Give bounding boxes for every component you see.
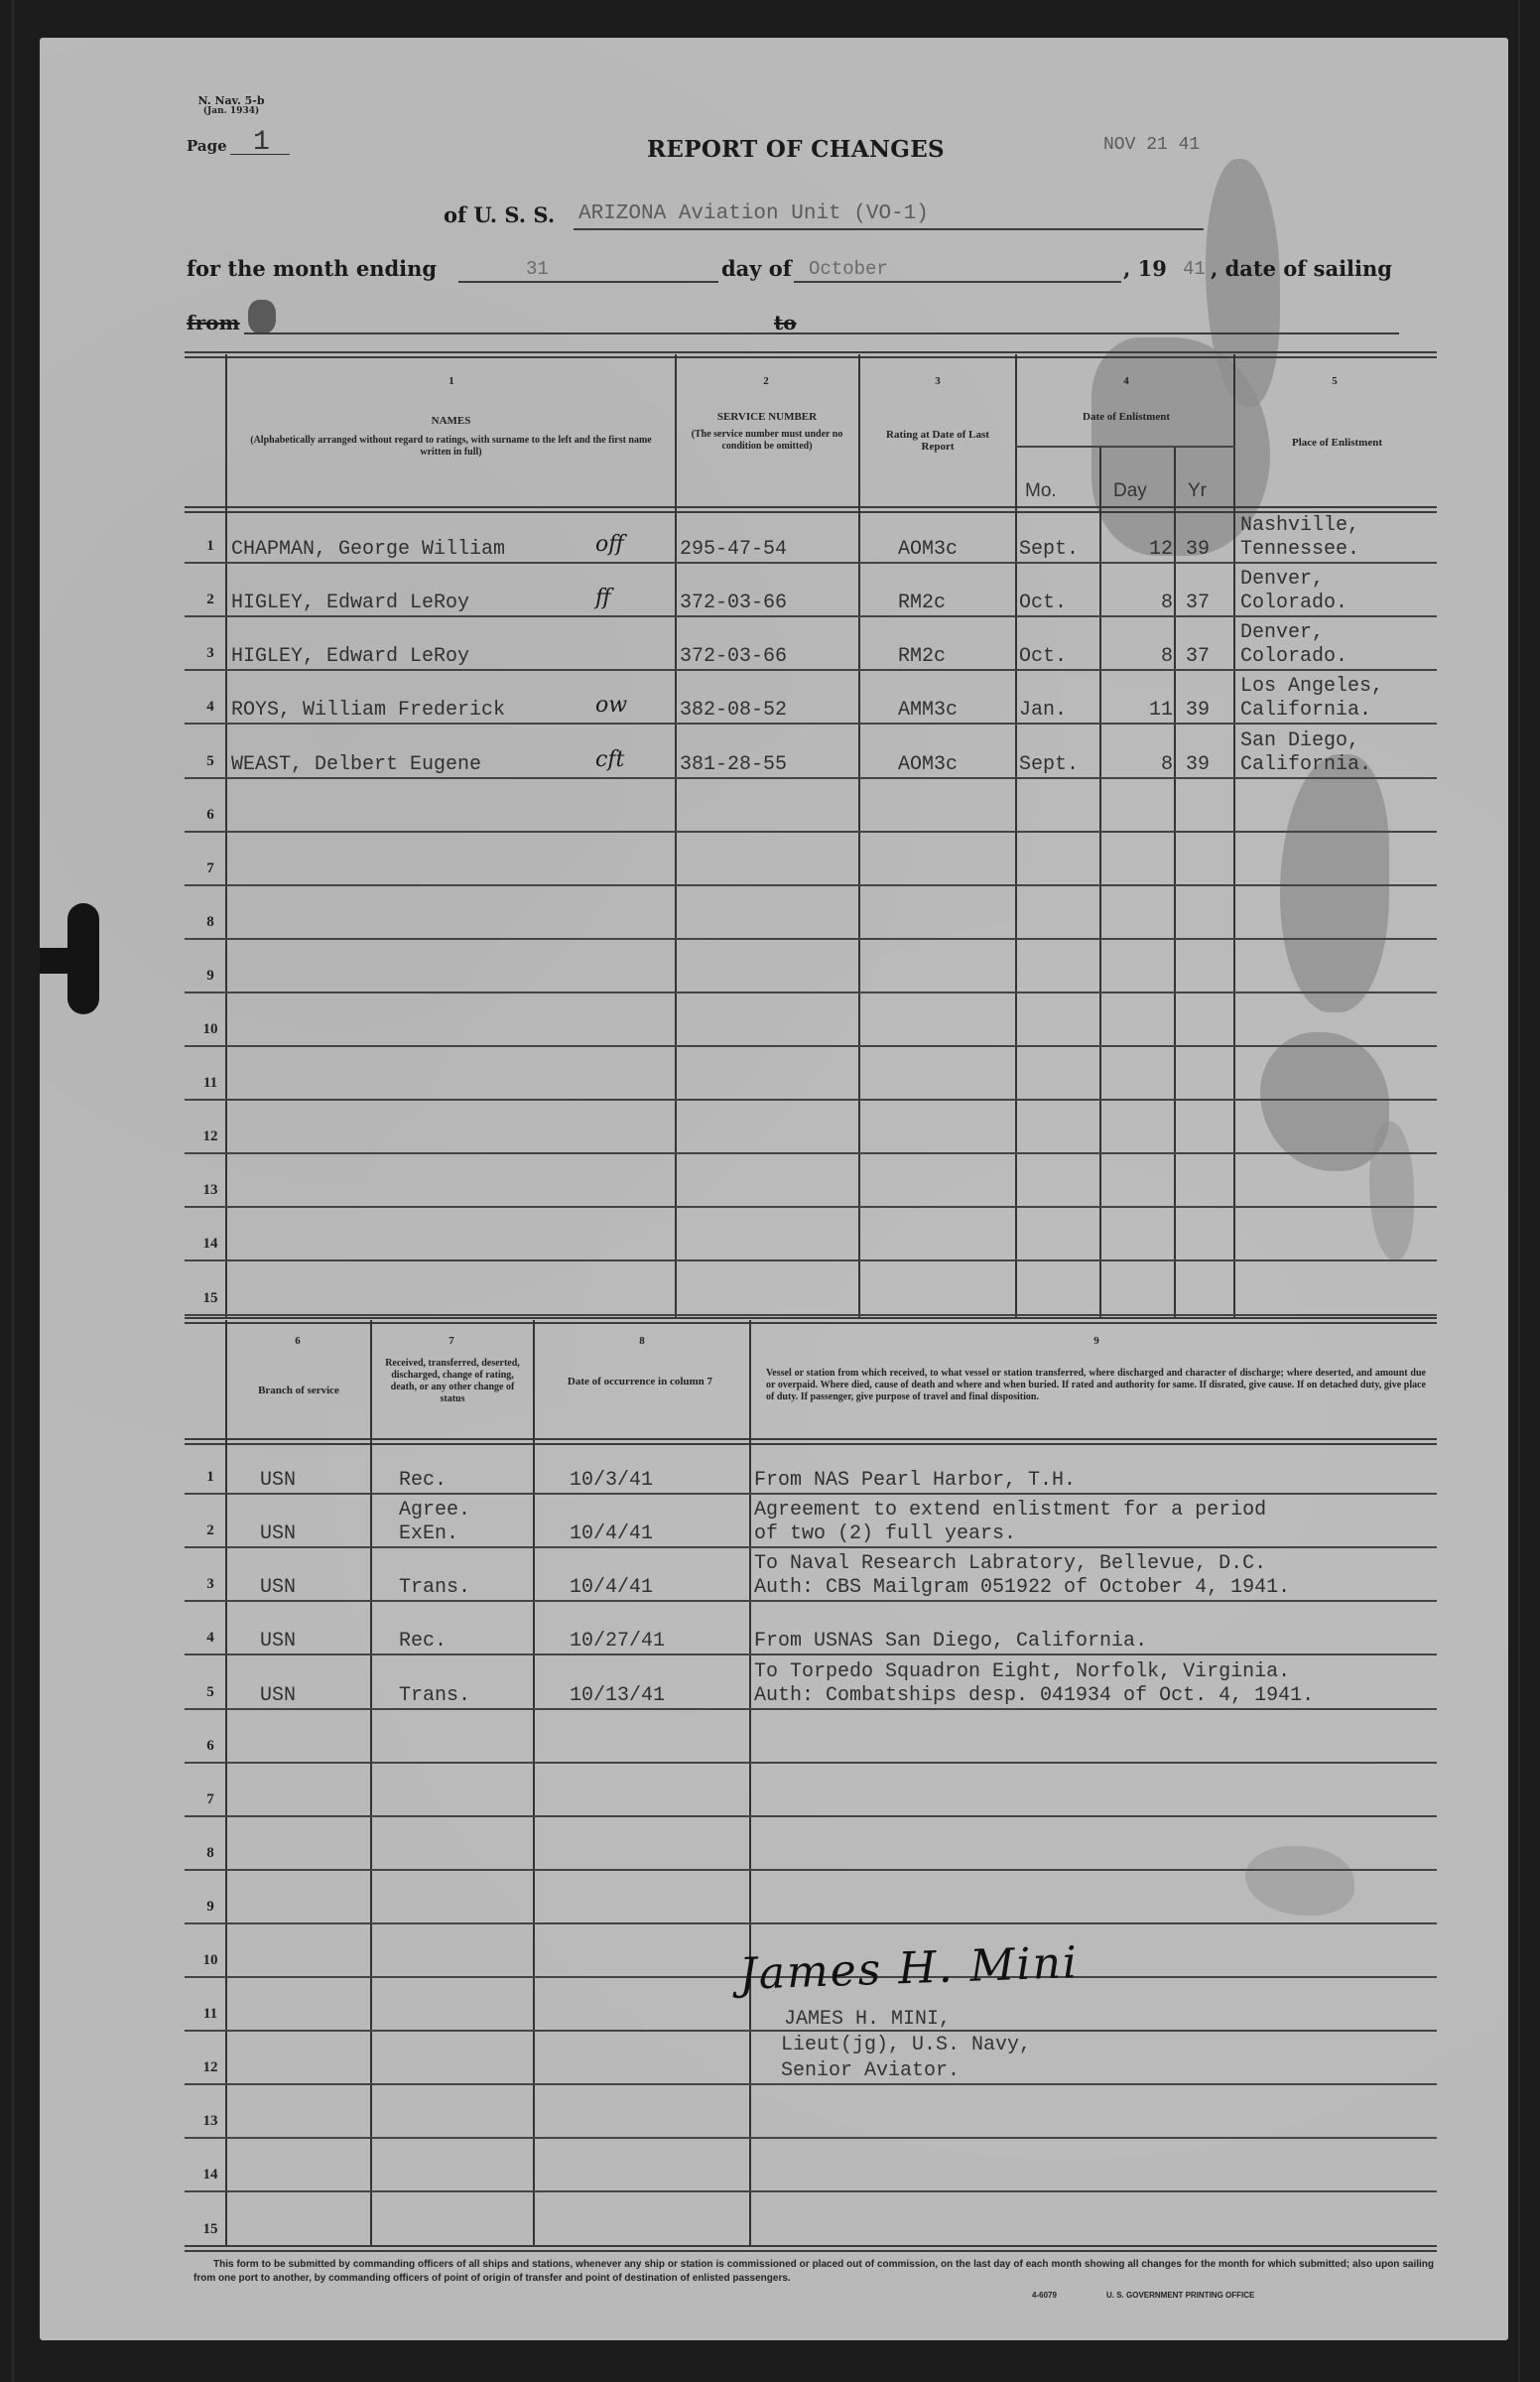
upper-col-divider [1174,447,1176,1317]
binder-tab-stem [40,948,69,974]
enlistment-day: 11 [1101,699,1173,723]
rating: AOM3c [898,538,958,562]
names-header-title: NAMES [230,415,672,427]
handwritten-initials: cft [595,747,624,772]
enlistment-day: 8 [1101,645,1173,669]
year-prefix: , 19 [1123,256,1167,281]
lower-col-divider [370,1320,372,2245]
row-number: 11 [195,2006,225,2023]
branch-of-service: USN [260,1469,296,1493]
row-number: 14 [195,2167,225,2183]
occurrence-date: 10/13/41 [570,1684,665,1708]
branch-of-service: USN [260,1522,296,1546]
row-rule [185,1099,1437,1101]
row-number: 3 [195,645,225,662]
service-number-header-title: SERVICE NUMBER [679,411,855,423]
row-rule [185,1546,1437,1548]
day-of-label: day of [721,256,792,281]
row-number: 8 [195,1845,225,1862]
row-number: 6 [195,807,225,824]
rating: RM2c [898,645,946,669]
row-rule [185,1152,1437,1154]
change-status: ExEn. [399,1522,458,1546]
row-rule [185,1708,1437,1710]
row-number: 13 [195,2113,225,2130]
date-of-sailing-label: , date of sailing [1211,256,1392,281]
lower-col-divider [533,1320,535,2245]
enlistment-day: 8 [1101,592,1173,615]
change-status-line1: Agree. [399,1499,470,1522]
place-header: Place of Enlistment [1240,437,1434,449]
occurrence-date: 10/4/41 [570,1576,653,1600]
enlistment-place-city: Los Angeles, [1240,675,1383,699]
row-number: 1 [195,1469,225,1486]
footer-instructions: This form to be submitted by commanding … [193,2258,1434,2286]
of-uss-label: of U. S. S. [444,202,555,227]
received-header: Received, transferred, deserted, dischar… [377,1358,528,1405]
col-number-9: 9 [1082,1335,1111,1347]
occurrence-date: 10/3/41 [570,1469,653,1493]
change-status: Rec. [399,1469,447,1493]
row-number: 3 [195,1576,225,1593]
enlistment-place-city: Denver, [1240,621,1324,645]
upper-col-divider [675,354,677,1317]
row-rule [185,938,1437,940]
enlistment-place-state: Tennessee. [1240,538,1359,562]
remarks-line1: To Torpedo Squadron Eight, Norfolk, Virg… [754,1660,1290,1684]
row-rule [185,884,1437,886]
row-rule [185,723,1437,725]
month-underline [794,281,1121,283]
branch-header: Branch of service [228,1385,369,1396]
service-number: 382-08-52 [680,699,787,723]
enlistment-year: 39 [1186,753,1210,777]
month-ending-day: 31 [526,258,549,280]
enlistment-header: Date of Enlistment [1018,411,1234,423]
upper-table-top-rule [185,351,1437,358]
signer-rank: Lieut(jg), U.S. Navy, [781,2033,1031,2058]
enlistment-yr-header: Yr [1188,480,1207,502]
row-number: 10 [195,1021,225,1038]
row-rule [185,2190,1437,2192]
inked-blot [248,300,276,333]
row-rule [185,615,1437,617]
signer-title: Senior Aviator. [781,2058,960,2084]
row-number: 5 [195,1684,225,1701]
person-name: WEAST, Delbert Eugene [231,753,481,777]
remarks-line1: Agreement to extend enlistment for a per… [754,1499,1266,1522]
rating-header: Rating at Date of Last Report [873,429,1002,453]
rating: RM2c [898,592,946,615]
row-rule [185,1259,1437,1261]
from-label: from [187,311,240,334]
upper-col-divider [858,354,860,1317]
row-rule [185,1045,1437,1047]
row-rule [185,1815,1437,1817]
service-number: 295-47-54 [680,538,787,562]
row-number: 6 [195,1738,225,1755]
enlistment-place-state: Colorado. [1240,592,1347,615]
col-number-4: 4 [1111,375,1141,387]
row-number: 13 [195,1182,225,1199]
enlistment-subheader-rule [1015,446,1235,448]
lower-table-bottom-rule [185,2245,1437,2252]
row-number: 14 [195,1236,225,1253]
lower-col-divider [749,1320,751,2245]
row-number: 1 [195,538,225,555]
form-number: N. Nav. 5-b (Jan. 1934) [187,95,276,117]
row-number: 9 [195,1899,225,1916]
change-status: Trans. [399,1684,470,1708]
upper-table-header-rule [185,506,1437,513]
upper-col-divider [1233,354,1235,1317]
form-revision: (Jan. 1934) [187,106,276,117]
branch-of-service: USN [260,1684,296,1708]
footer-printer: U. S. GOVERNMENT PRINTING OFFICE [1106,2289,1254,2303]
row-rule [185,1762,1437,1764]
row-number: 2 [195,592,225,608]
change-status: Trans. [399,1576,470,1600]
enlistment-place-state: Colorado. [1240,645,1347,669]
enlistment-year: 39 [1186,699,1210,723]
form-number-text: N. Nav. 5-b [187,95,276,106]
row-number: 10 [195,1952,225,1969]
signer-name: JAMES H. MINI, [784,2007,951,2033]
date-header: Date of occurrence in column 7 [551,1376,729,1388]
row-rule [185,562,1437,564]
enlistment-month: Sept. [1019,753,1079,777]
lower-table-header-rule [185,1438,1437,1445]
month-ending-underline [458,281,718,283]
row-rule [185,2137,1437,2139]
received-stamp: NOV 21 41 [1103,135,1200,155]
occurrence-date: 10/27/41 [570,1630,665,1654]
service-number: 381-28-55 [680,753,787,777]
enlistment-month: Jan. [1019,699,1067,723]
branch-of-service: USN [260,1630,296,1654]
enlistment-place-state: California. [1240,699,1371,723]
service-number-header-subtitle: (The service number must under no condit… [679,429,855,453]
month-value: October [809,258,888,280]
row-rule [185,1206,1437,1208]
remarks-line1: To Naval Research Labratory, Bellevue, D… [754,1552,1266,1576]
row-rule [185,1922,1437,1924]
service-number: 372-03-66 [680,645,787,669]
col-number-6: 6 [283,1335,313,1347]
row-number: 12 [195,2059,225,2076]
enlistment-day-header: Day [1113,480,1147,502]
enlistment-day: 12 [1101,538,1173,562]
enlistment-day: 8 [1101,753,1173,777]
to-label: to [774,311,797,334]
enlistment-year: 39 [1186,538,1210,562]
remarks-line2: Auth: Combatships desp. 041934 of Oct. 4… [754,1684,1314,1708]
from-to-underline [244,332,1399,334]
handwritten-initials: off [595,532,624,557]
col-number-1: 1 [437,375,466,387]
row-number: 15 [195,1290,225,1307]
handwritten-initials: ff [595,586,611,610]
row-rule [185,1869,1437,1871]
col-number-5: 5 [1320,375,1349,387]
row-number: 4 [195,1630,225,1647]
rating: AOM3c [898,753,958,777]
service-number: 372-03-66 [680,592,787,615]
person-name: HIGLEY, Edward LeRoy [231,592,469,615]
lower-table-top-rule [185,1317,1437,1324]
row-number: 15 [195,2221,225,2238]
film-edge-line [12,0,14,2382]
row-number: 5 [195,753,225,770]
branch-of-service: USN [260,1576,296,1600]
enlistment-mo-header: Mo. [1025,480,1057,502]
enlistment-place-state: California. [1240,753,1371,777]
col-number-8: 8 [627,1335,657,1347]
row-rule [185,1654,1437,1655]
service-number-header: SERVICE NUMBER (The service number must … [679,411,855,453]
row-rule [185,831,1437,833]
footer-print-code: 4-6079 [1032,2289,1057,2303]
remarks-line2: of two (2) full years. [754,1522,1016,1546]
enlistment-month: Sept. [1019,538,1079,562]
lower-col-divider [225,1320,227,2245]
rating: AMM3c [898,699,958,723]
page-label: Page [187,137,227,155]
unit-underline [574,228,1204,230]
row-number: 2 [195,1522,225,1539]
row-rule [185,777,1437,779]
occurrence-date: 10/4/41 [570,1522,653,1546]
page-title: REPORT OF CHANGES [647,136,945,163]
enlistment-month: Oct. [1019,592,1067,615]
row-number: 8 [195,914,225,931]
row-number: 7 [195,860,225,877]
enlistment-year: 37 [1186,645,1210,669]
col-number-2: 2 [751,375,781,387]
remarks-line2: Auth: CBS Mailgram 051922 of October 4, … [754,1576,1290,1600]
handwritten-initials: ow [595,693,627,718]
change-status: Rec. [399,1630,447,1654]
month-ending-label: for the month ending [187,256,437,281]
row-rule [185,1314,1437,1316]
upper-col-divider [1099,447,1101,1317]
enlistment-place-city: Denver, [1240,568,1324,592]
names-header-subtitle: (Alphabetically arranged without regard … [230,435,672,459]
row-number: 7 [195,1791,225,1808]
remarks-line2: From NAS Pearl Harbor, T.H. [754,1469,1076,1493]
upper-col-divider [225,354,227,1317]
enlistment-place-city: San Diego, [1240,729,1359,753]
names-header: NAMES (Alphabetically arranged without r… [230,415,672,459]
person-name: ROYS, William Frederick [231,699,505,723]
row-number: 4 [195,699,225,716]
remarks-line2: From USNAS San Diego, California. [754,1630,1147,1654]
col-number-7: 7 [437,1335,466,1347]
enlistment-month: Oct. [1019,645,1067,669]
row-number: 9 [195,968,225,985]
upper-col-divider [1015,354,1017,1317]
enlistment-year: 37 [1186,592,1210,615]
remarks-header: Vessel or station from which received, t… [766,1368,1426,1403]
unit-name: ARIZONA Aviation Unit (VO-1) [578,202,929,225]
person-name: HIGLEY, Edward LeRoy [231,645,469,669]
page-number: 1 [253,127,270,158]
year-suffix: 41 [1183,258,1206,280]
row-rule [185,1493,1437,1495]
binder-tab [67,903,99,1014]
row-rule [185,992,1437,993]
film-edge-line [1518,0,1520,2382]
row-number: 11 [195,1075,225,1092]
row-number: 12 [195,1128,225,1145]
enlistment-place-city: Nashville, [1240,514,1359,538]
col-number-3: 3 [923,375,953,387]
person-name: CHAPMAN, George William [231,538,505,562]
row-rule [185,1600,1437,1602]
row-rule [185,669,1437,671]
